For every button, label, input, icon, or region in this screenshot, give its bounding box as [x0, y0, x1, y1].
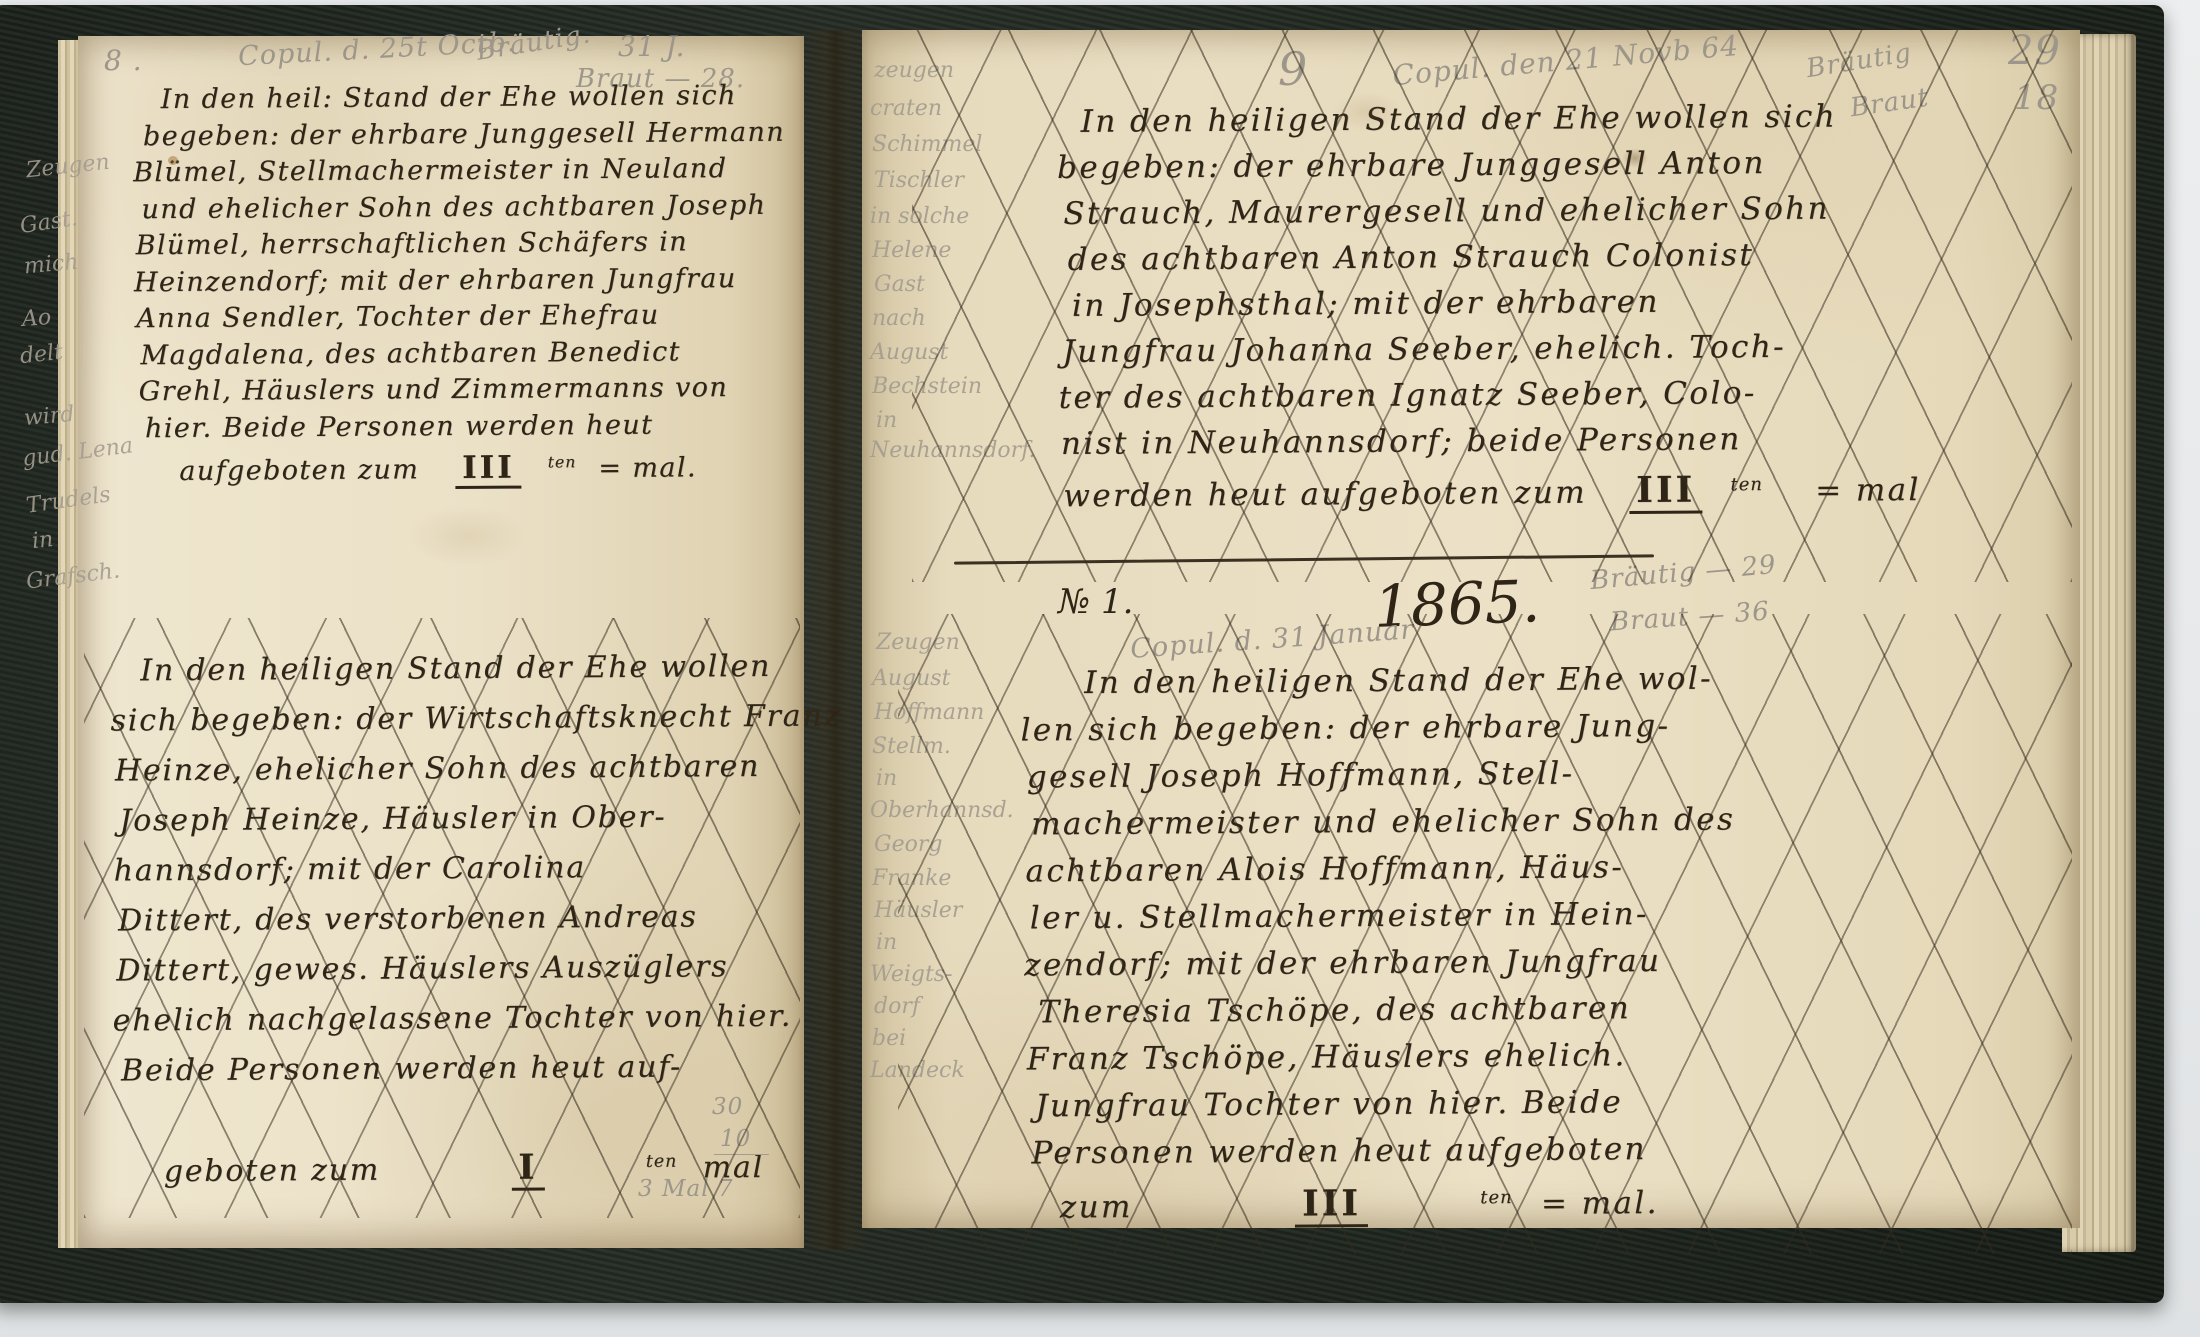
entry-final-line: zum III ten = mal.	[1060, 1173, 1738, 1232]
banns-entry-blumel-sendler: In den heil: Stand der Ehe wollen sich b…	[133, 78, 788, 491]
entry-line: hier. Beide Personen werden heut	[145, 406, 787, 447]
entry-line: machermeister und ehelicher Sohn des	[1031, 797, 1735, 849]
final-pre-text: geboten zum	[164, 1153, 381, 1190]
entry-line: Personen werden heut aufgeboten	[1031, 1126, 1737, 1178]
banns-entry-strauch-seeber: In den heiligen Stand der Ehe wollen sic…	[1057, 93, 1921, 519]
entry-line: und ehelicher Sohn des achtbaren Joseph	[141, 187, 785, 228]
final-pre-text: aufgeboten zum	[179, 454, 419, 487]
final-post-text: = mal.	[1541, 1185, 1659, 1222]
left-margin-note: delt	[19, 340, 64, 369]
right-margin-note: in solche	[870, 204, 969, 229]
right-entry-number-pencil: 9	[1278, 42, 1308, 96]
right-page: 9 Copul. den 21 Novb 64 Bräutig 29 Braut…	[862, 30, 2080, 1228]
entry-line: Heinze, ehelicher Sohn des achtbaren	[115, 741, 842, 796]
entry-line: Jungfrau Tochter von hier. Beide	[1035, 1079, 1737, 1131]
right-margin-note: craten	[870, 96, 942, 121]
entry-line: In den heiligen Stand der Ehe wollen sic…	[1081, 93, 1919, 145]
final-pre-text: werden heut aufgeboten zum	[1063, 475, 1587, 515]
right-margin-note: nach	[872, 306, 926, 331]
entry-line: Jungfrau Johanna Seeber, ehelich. Toch-	[1062, 323, 1920, 375]
right-margin-note: Weigts-	[870, 962, 953, 987]
left-groom-age-pencil: 31 J.	[618, 30, 685, 63]
right-margin-note: Schimmel	[872, 132, 982, 157]
entry-line: begeben: der ehrbare Junggesell Hermann	[143, 114, 785, 155]
entry-line: hannsdorf; mit der Carolina	[113, 841, 842, 896]
right-margin-note: Hoffmann	[874, 700, 984, 725]
ordinal-suffix: ten	[646, 1152, 678, 1172]
entry-final-line: werden heut aufgeboten zum III ten = mal	[1063, 461, 1921, 519]
entry-line: In den heiligen Stand der Ehe wol-	[1084, 656, 1734, 708]
year-bride-age-pencil: Braut — 36	[1609, 596, 1771, 637]
section-divider-rule	[954, 554, 1654, 564]
left-margin-note: in	[31, 527, 55, 554]
entry-line: Magdalena, des achtbaren Benedict	[140, 333, 786, 374]
right-margin-note: Helene	[872, 238, 951, 263]
footer-sum-top-pencil: 30	[712, 1094, 743, 1120]
banns-count-numeral: III	[1629, 470, 1702, 515]
entry-line: Theresia Tschöpe, des achtbaren	[1038, 985, 1736, 1037]
entry-line: Dittert, gewes. Häuslers Auszüglers	[116, 941, 843, 996]
right-groom-label-pencil: Bräutig	[1804, 38, 1914, 84]
right-copulation-date-pencil: Copul. den 21 Novb 64	[1391, 29, 1740, 92]
left-margin-note: mich	[23, 250, 79, 280]
right-margin-note: August	[872, 666, 950, 691]
entry-line: Dittert, des verstorbenen Andreas	[118, 891, 843, 946]
ordinal-suffix: ten	[1480, 1187, 1513, 1208]
entry-line: gesell Joseph Hoffmann, Stell-	[1027, 750, 1735, 802]
entry-line: Strauch, Maurergesell und ehelicher Sohn	[1063, 185, 1919, 237]
ordinal-suffix: ten	[1730, 474, 1763, 495]
left-margin-note: Ao	[21, 305, 52, 332]
banns-count-numeral: III	[1295, 1183, 1368, 1228]
right-margin-note: dorf	[874, 994, 920, 1019]
right-bride-age-pencil: 18	[2014, 78, 2059, 118]
entry-line: Grehl, Häuslers und Zimmermanns von	[139, 370, 787, 411]
entry-line: ter des achtbaren Ignatz Seeber, Colo-	[1058, 369, 1920, 421]
entry-line: Blümel, Stellmachermeister in Neuland	[133, 151, 785, 192]
entry-line: sich begeben: der Wirtschaftsknecht Fran…	[110, 691, 841, 746]
right-margin-note: Neuhannsdorf.	[870, 438, 1036, 463]
paper-stain	[408, 506, 528, 566]
entry-line: nist in Neuhannsdorf; beide Personen	[1061, 415, 1921, 467]
entry-line: zendorf; mit der ehrbaren Jungfrau	[1024, 938, 1736, 990]
right-margin-note: in	[876, 408, 897, 433]
right-margin-note: in	[876, 930, 897, 955]
right-margin-note: Bechstein	[872, 374, 982, 399]
right-margin-note: Landeck	[870, 1058, 965, 1083]
right-margin-note: Franke	[872, 866, 951, 891]
entry-line: achtbaren Alois Hoffmann, Häus-	[1025, 844, 1735, 896]
entry-line: Blümel, herrschaftlichen Schäfers in	[136, 224, 786, 265]
right-margin-note: August	[870, 340, 948, 365]
final-pre-text: zum	[1060, 1189, 1133, 1226]
right-margin-note: zeugen	[874, 58, 954, 83]
entry-line: In den heil: Stand der Ehe wollen sich	[161, 78, 785, 119]
footer-sum-bottom-pencil: 10	[714, 1126, 769, 1155]
right-groom-age-pencil: 29	[2008, 28, 2061, 74]
left-entry-number-pencil: 8 .	[104, 44, 143, 77]
entry-line: ehelich nachgelassene Tochter von hier.	[113, 991, 844, 1046]
left-margin-note: wird	[23, 402, 75, 431]
left-page: 8 . Copul. d. 25t Octb. Bräutig. 31 J. B…	[78, 36, 804, 1248]
right-margin-note: Oberhannsd.	[870, 798, 1014, 823]
right-margin-note: Tischler	[874, 168, 964, 193]
right-margin-note: Stellm.	[872, 734, 951, 759]
entry-number-1865: № 1.	[1058, 582, 1133, 622]
final-post-text: = mal	[1815, 472, 1921, 509]
right-margin-note: Gast	[874, 272, 925, 297]
entry-line: ler u. Stellmachermeister in Hein-	[1030, 891, 1736, 943]
right-margin-note: Georg	[874, 832, 942, 857]
entry-line: in Josephsthal; mit der ehrbaren	[1072, 277, 1920, 329]
entry-line: Anna Sendler, Tochter der Ehefrau	[136, 297, 786, 338]
entry-line: Beide Personen werden heut auf-	[121, 1041, 844, 1096]
banns-entry-hoffmann-tschoepe: In den heiligen Stand der Ehe wol- len s…	[1020, 656, 1738, 1232]
banns-count-numeral: I	[511, 1148, 544, 1191]
entry-line: des achtbaren Anton Strauch Colonist	[1068, 231, 1920, 283]
entry-line: Joseph Heinze, Häusler in Ober-	[119, 791, 842, 846]
entry-line: In den heiligen Stand der Ehe wollen	[140, 641, 841, 696]
final-post-text: = mal.	[598, 452, 697, 484]
footer-calc-pencil: 3 Mal 7	[638, 1176, 734, 1202]
right-margin-note: in	[876, 766, 897, 791]
entry-final-line: aufgeboten zum III ten = mal.	[179, 443, 787, 491]
entry-line: Franz Tschöpe, Häuslers ehelich.	[1027, 1032, 1737, 1084]
entry-line: Heinzendorf; mit der ehrbaren Jungfrau	[134, 260, 786, 301]
right-margin-note: Zeugen	[876, 630, 960, 655]
banns-count-numeral: III	[455, 450, 522, 489]
entry-line: len sich begeben: der ehrbare Jung-	[1020, 703, 1734, 755]
right-margin-note: Häusler	[874, 898, 962, 923]
ordinal-suffix: ten	[548, 452, 577, 471]
right-margin-note: bei	[872, 1026, 906, 1051]
entry-line: begeben: der ehrbare Junggesell Anton	[1057, 139, 1919, 191]
